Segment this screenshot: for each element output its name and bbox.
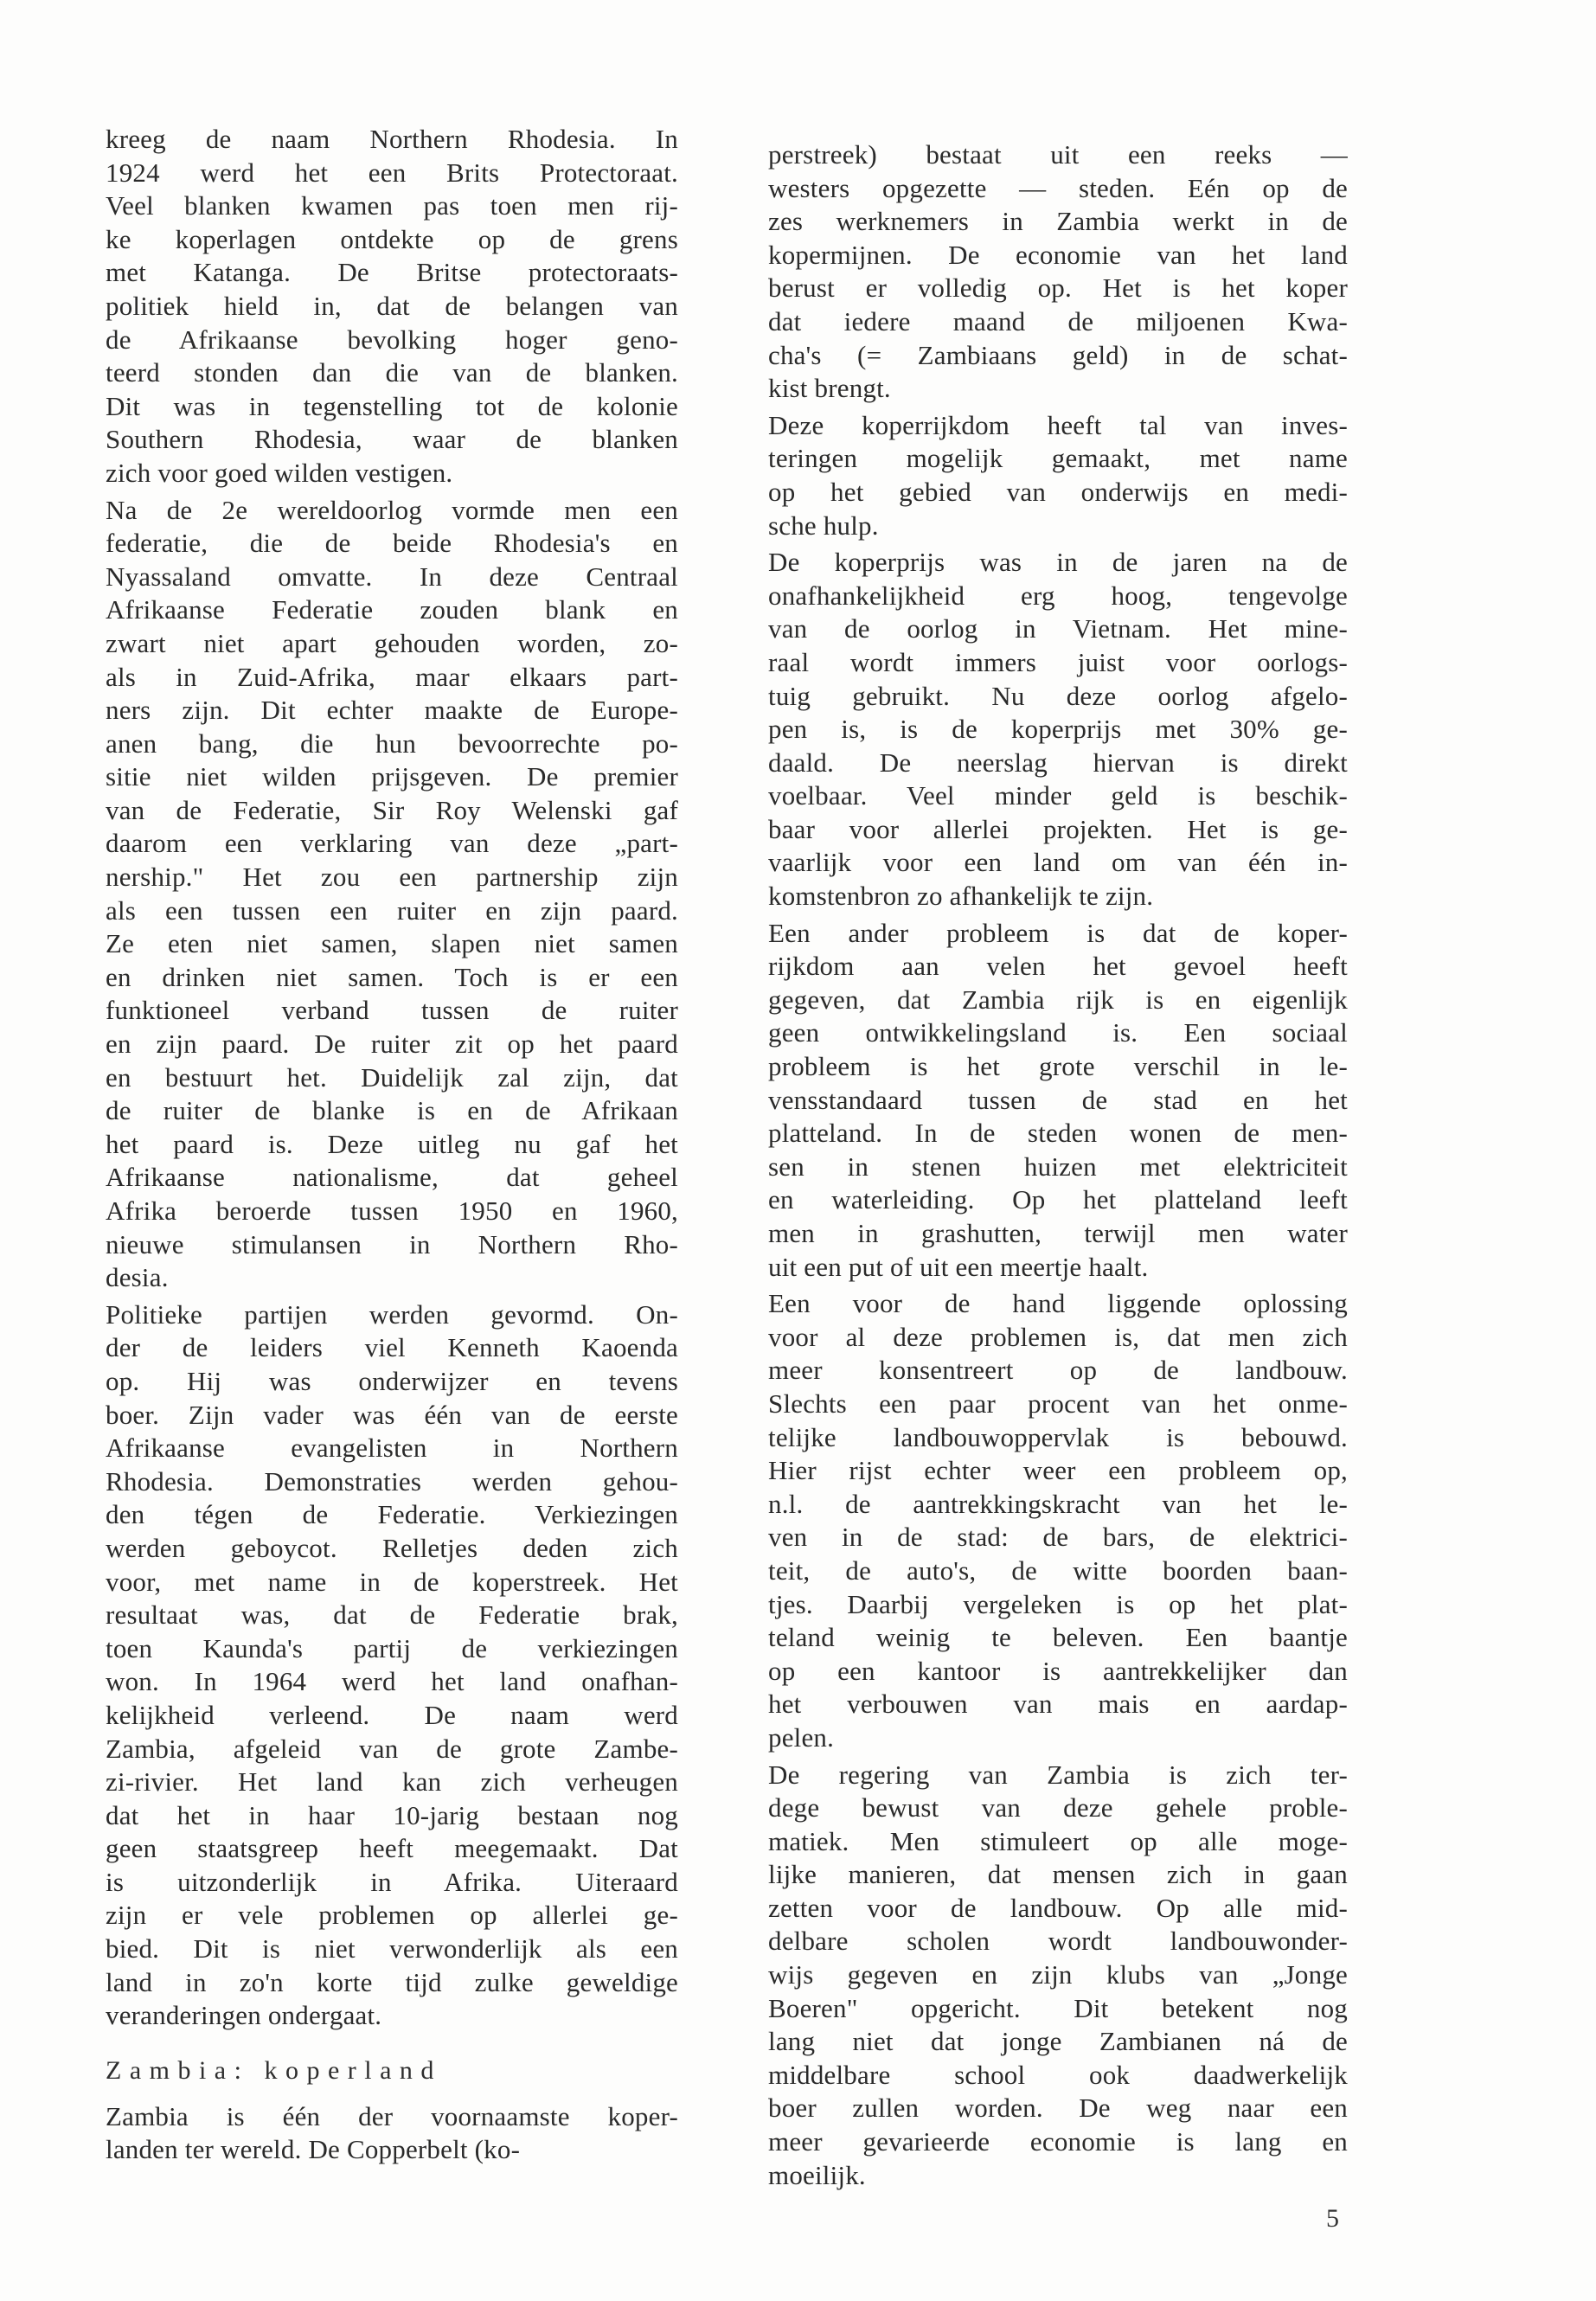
text-line: geen staatsgreep heeft meegemaakt. Dat <box>106 1832 678 1866</box>
text-line: voelbaar. Veel minder geld is beschik- <box>768 779 1348 813</box>
text-line: resultaat was, dat de Federatie brak, <box>106 1599 678 1632</box>
text-line: Afrikaanse evangelisten in Northern <box>106 1432 678 1465</box>
text-line: meer gevarieerde economie is lang en <box>768 2125 1348 2159</box>
text-line: Southern Rhodesia, waar de blanken <box>106 423 678 457</box>
text-line: ke koperlagen ontdekte op de grens <box>106 223 678 257</box>
text-line: tjes. Daarbij vergeleken is op het plat- <box>768 1588 1348 1622</box>
text-line: Zambia is één der voornaamste koper- <box>106 2100 678 2134</box>
right-column: perstreek) bestaat uit een reeks —wester… <box>768 138 1348 2192</box>
text-line: matiek. Men stimuleert op alle moge- <box>768 1825 1348 1859</box>
text-line: land in zo'n korte tijd zulke geweldige <box>106 1966 678 2000</box>
left-paragraph: kreeg de naam Northern Rhodesia. In1924 … <box>106 123 678 490</box>
text-line: lang niet dat jonge Zambianen ná de <box>768 2025 1348 2059</box>
text-line: Boeren" opgericht. Dit betekent nog <box>768 1992 1348 2026</box>
text-line: teland weinig te beleven. Een baantje <box>768 1621 1348 1655</box>
text-line: ners zijn. Dit echter maakte de Europe- <box>106 694 678 727</box>
text-line: de Afrikaanse bevolking hoger geno- <box>106 324 678 357</box>
text-line: als een tussen een ruiter en zijn paard. <box>106 894 678 928</box>
text-line: vensstandaard tussen de stad en het <box>768 1084 1348 1118</box>
text-line: Zambia, afgeleid van de grote Zambe- <box>106 1733 678 1766</box>
text-line: van de oorlog in Vietnam. Het mine- <box>768 612 1348 646</box>
document-page: kreeg de naam Northern Rhodesia. In1924 … <box>0 0 1596 2301</box>
text-line: Veel blanken kwamen pas toen men rij- <box>106 189 678 223</box>
text-line: berust er volledig op. Het is het koper <box>768 272 1348 305</box>
text-line: lijke manieren, dat mensen zich in gaan <box>768 1858 1348 1892</box>
text-line: dat iedere maand de miljoenen Kwa- <box>768 305 1348 339</box>
text-line: delbare scholen wordt landbouwonder- <box>768 1925 1348 1958</box>
text-line: Hier rijst echter weer een probleem op, <box>768 1454 1348 1488</box>
text-line: kist brengt. <box>768 372 1348 406</box>
text-line: en zijn paard. De ruiter zit op het paar… <box>106 1028 678 1061</box>
text-line: Na de 2e wereldoorlog vormde men een <box>106 494 678 528</box>
text-line: pelen. <box>768 1721 1348 1755</box>
text-line: Dit was in tegenstelling tot de kolonie <box>106 390 678 424</box>
text-line: geen ontwikkelingsland is. Een sociaal <box>768 1016 1348 1050</box>
text-line: Afrikaanse Federatie zouden blank en <box>106 593 678 627</box>
text-line: n.l. de aantrekkingskracht van het le- <box>768 1488 1348 1522</box>
text-line: wijs gegeven en zijn klubs van „Jonge <box>768 1958 1348 1992</box>
text-line: als in Zuid-Afrika, maar elkaars part- <box>106 661 678 695</box>
right-paragraph: perstreek) bestaat uit een reeks —wester… <box>768 138 1348 406</box>
text-line: Deze koperrijkdom heeft tal van inves- <box>768 409 1348 443</box>
text-line: platteland. In de steden wonen de men- <box>768 1117 1348 1150</box>
text-line: veranderingen ondergaat. <box>106 1999 678 2033</box>
section-paragraph: Zambia is één der voornaamste koper-land… <box>106 2100 678 2167</box>
text-line: anen bang, die hun bevoorrechte po- <box>106 727 678 761</box>
left-paragraph: Na de 2e wereldoorlog vormde men eenfede… <box>106 494 678 1295</box>
text-line: het paard is. Deze uitleg nu gaf het <box>106 1128 678 1162</box>
text-line: zijn er vele problemen op allerlei ge- <box>106 1899 678 1932</box>
text-line: won. In 1964 werd het land onafhan- <box>106 1665 678 1699</box>
text-line: het verbouwen van mais en aardap- <box>768 1688 1348 1721</box>
text-line: de ruiter de blanke is en de Afrikaan <box>106 1094 678 1128</box>
text-line: ven in de stad: de bars, de elektrici- <box>768 1521 1348 1554</box>
text-line: federatie, die de beide Rhodesia's en <box>106 527 678 561</box>
text-line: men in grashutten, terwijl men water <box>768 1217 1348 1251</box>
text-line: politiek hield in, dat de belangen van <box>106 290 678 324</box>
right-paragraph: Deze koperrijkdom heeft tal van inves-te… <box>768 409 1348 542</box>
text-line: kopermijnen. De economie van het land <box>768 239 1348 272</box>
text-line: dat het in haar 10-jarig bestaan nog <box>106 1799 678 1833</box>
text-line: voor al deze problemen is, dat men zich <box>768 1321 1348 1355</box>
text-line: daarom een verklaring van deze „part- <box>106 827 678 861</box>
text-line: telijke landbouwoppervlak is bebouwd. <box>768 1421 1348 1455</box>
text-line: Afrikaanse nationalisme, dat geheel <box>106 1161 678 1195</box>
text-line: meer konsentreert op de landbouw. <box>768 1354 1348 1388</box>
left-paragraph: Politieke partijen werden gevormd. On-de… <box>106 1298 678 2033</box>
text-line: teringen mogelijk gemaakt, met name <box>768 442 1348 476</box>
text-line: cha's (= Zambiaans geld) in de schat- <box>768 339 1348 373</box>
text-line: perstreek) bestaat uit een reeks — <box>768 138 1348 172</box>
text-line: landen ter wereld. De Copperbelt (ko- <box>106 2133 678 2167</box>
text-line: nieuwe stimulansen in Northern Rho- <box>106 1228 678 1262</box>
text-line: en drinken niet samen. Toch is er een <box>106 961 678 995</box>
text-line: Rhodesia. Demonstraties werden gehou- <box>106 1465 678 1499</box>
text-line: zwart niet apart gehouden worden, zo- <box>106 627 678 661</box>
text-line: Afrika beroerde tussen 1950 en 1960, <box>106 1195 678 1228</box>
text-line: werden geboycot. Relletjes deden zich <box>106 1532 678 1566</box>
text-line: funktioneel verband tussen de ruiter <box>106 994 678 1028</box>
text-line: op een kantoor is aantrekkelijker dan <box>768 1655 1348 1689</box>
text-line: middelbare school ook daadwerkelijk <box>768 2059 1348 2093</box>
right-paragraph: De regering van Zambia is zich ter-dege … <box>768 1759 1348 2193</box>
text-line: met Katanga. De Britse protectoraats- <box>106 256 678 290</box>
text-line: op het gebied van onderwijs en medi- <box>768 476 1348 510</box>
text-line: en bestuurt het. Duidelijk zal zijn, dat <box>106 1061 678 1095</box>
text-line: moeilijk. <box>768 2159 1348 2193</box>
text-line: van de Federatie, Sir Roy Welenski gaf <box>106 794 678 828</box>
text-line: dege bewust van deze gehele proble- <box>768 1791 1348 1825</box>
text-line: Een ander probleem is dat de koper- <box>768 917 1348 951</box>
text-line: westers opgezette — steden. Eén op de <box>768 172 1348 206</box>
right-paragraph: De koperprijs was in de jaren na deonafh… <box>768 546 1348 913</box>
text-line: De koperprijs was in de jaren na de <box>768 546 1348 580</box>
text-line: gegeven, dat Zambia rijk is en eigenlijk <box>768 984 1348 1017</box>
text-line: sen in stenen huizen met elektriciteit <box>768 1150 1348 1184</box>
text-line: Ze eten niet samen, slapen niet samen <box>106 927 678 961</box>
text-line: op. Hij was onderwijzer en tevens <box>106 1365 678 1399</box>
text-line: boer. Zijn vader was één van de eerste <box>106 1399 678 1433</box>
text-line: De regering van Zambia is zich ter- <box>768 1759 1348 1792</box>
text-line: teerd stonden dan die van de blanken. <box>106 356 678 390</box>
text-line: tuig gebruikt. Nu deze oorlog afgelo- <box>768 680 1348 714</box>
text-line: probleem is het grote verschil in le- <box>768 1050 1348 1084</box>
text-line: desia. <box>106 1261 678 1295</box>
text-line: uit een put of uit een meertje haalt. <box>768 1251 1348 1285</box>
text-line: den tégen de Federatie. Verkiezingen <box>106 1498 678 1532</box>
text-line: bied. Dit is niet verwonderlijk als een <box>106 1932 678 1966</box>
text-line: zes werknemers in Zambia werkt in de <box>768 205 1348 239</box>
left-column: kreeg de naam Northern Rhodesia. In1924 … <box>106 123 678 2167</box>
text-line: Nyassaland omvatte. In deze Centraal <box>106 561 678 594</box>
text-line: zich voor goed wilden vestigen. <box>106 457 678 490</box>
text-line: daald. De neerslag hiervan is direkt <box>768 747 1348 780</box>
text-line: kelijkheid verleend. De naam werd <box>106 1699 678 1733</box>
text-line: sche hulp. <box>768 510 1348 543</box>
right-paragraph: Een ander probleem is dat de koper-rijkd… <box>768 917 1348 1285</box>
text-line: rijkdom aan velen het gevoel heeft <box>768 950 1348 984</box>
text-line: baar voor allerlei projekten. Het is ge- <box>768 813 1348 847</box>
text-line: en waterleiding. Op het platteland leeft <box>768 1183 1348 1217</box>
text-line: Slechts een paar procent van het onme- <box>768 1388 1348 1421</box>
text-line: zi-rivier. Het land kan zich verheugen <box>106 1766 678 1799</box>
text-line: Een voor de hand liggende oplossing <box>768 1287 1348 1321</box>
text-line: komstenbron zo afhankelijk te zijn. <box>768 880 1348 913</box>
section-heading: Zambia: koperland <box>106 2054 678 2088</box>
text-line: pen is, is de koperprijs met 30% ge- <box>768 713 1348 747</box>
right-paragraph: Een voor de hand liggende oplossingvoor … <box>768 1287 1348 1754</box>
text-line: raal wordt immers juist voor oorlogs- <box>768 646 1348 680</box>
text-line: toen Kaunda's partij de verkiezingen <box>106 1632 678 1666</box>
text-line: teit, de auto's, de witte boorden baan- <box>768 1554 1348 1588</box>
text-line: onafhankelijkheid erg hoog, tengevolge <box>768 580 1348 613</box>
text-line: Politieke partijen werden gevormd. On- <box>106 1298 678 1332</box>
text-line: voor, met name in de koperstreek. Het <box>106 1566 678 1599</box>
text-line: kreeg de naam Northern Rhodesia. In <box>106 123 678 157</box>
text-line: is uitzonderlijk in Afrika. Uiteraard <box>106 1866 678 1900</box>
text-line: der de leiders viel Kenneth Kaoenda <box>106 1331 678 1365</box>
text-line: zetten voor de landbouw. Op alle mid- <box>768 1892 1348 1926</box>
text-line: nership." Het zou een partnership zijn <box>106 861 678 894</box>
text-line: 1924 werd het een Brits Protectoraat. <box>106 157 678 190</box>
text-line: vaarlijk voor een land om van één in- <box>768 846 1348 880</box>
text-line: boer zullen worden. De weg naar een <box>768 2092 1348 2125</box>
page-number: 5 <box>1326 2204 1339 2234</box>
text-line: sitie niet wilden prijsgeven. De premier <box>106 760 678 794</box>
